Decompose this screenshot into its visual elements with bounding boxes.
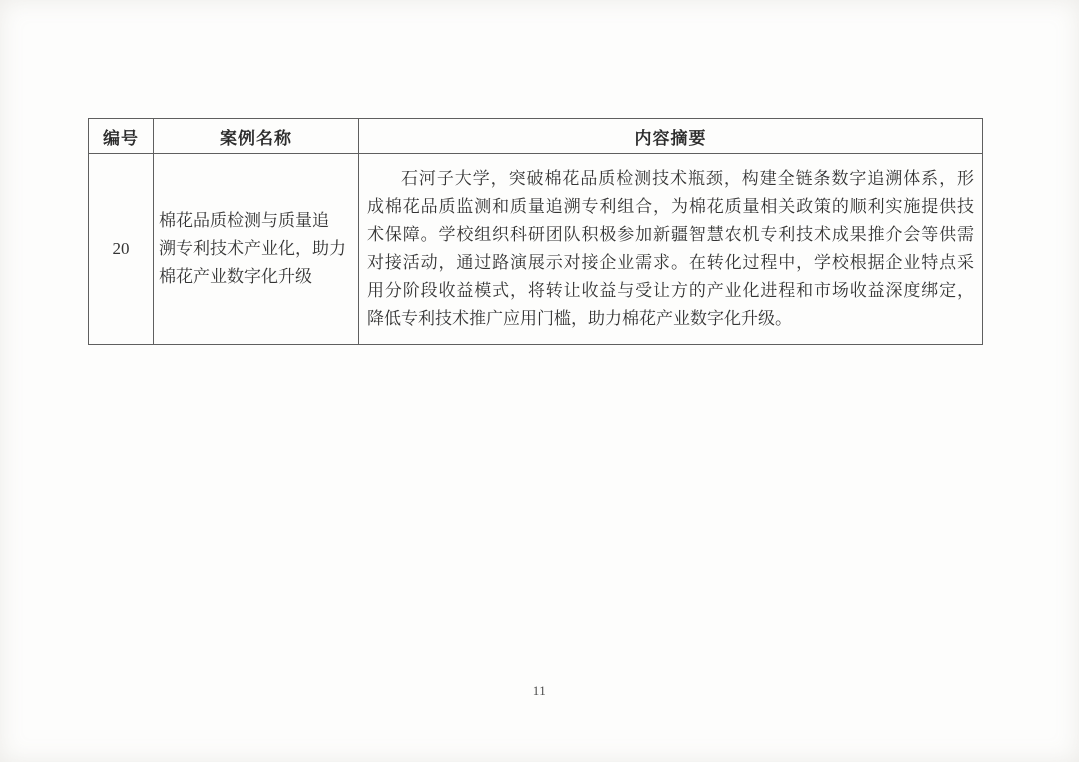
document-page: 编号 案例名称 内容摘要 20 棉花品质检测与质量追 溯专利技术产业化，助力 棉… (0, 0, 1079, 762)
case-name-line: 棉花品质检测与质量追 (159, 207, 352, 235)
header-label-number: 编号 (103, 124, 139, 149)
case-name-cell: 棉花品质检测与质量追 溯专利技术产业化，助力 棉花产业数字化升级 (153, 154, 358, 344)
case-number-cell: 20 (89, 154, 153, 344)
page-number: 11 (0, 683, 1079, 699)
summary-line: 降低专利技术推广应用门槛，助力棉花产业数字化升级。 (367, 305, 974, 333)
case-name-line: 溯专利技术产业化，助力 (159, 235, 352, 263)
header-cell-summary: 内容摘要 (358, 119, 982, 153)
header-label-case-name: 案例名称 (220, 124, 292, 149)
table-header-row: 编号 案例名称 内容摘要 (89, 119, 982, 154)
summary-cell: 石河子大学，突破棉花品质检测技术瓶颈，构建全链条数字追溯体系，形 成棉花品质监测… (358, 154, 982, 344)
header-cell-case-name: 案例名称 (153, 119, 358, 153)
summary-line: 术保障。学校组织科研团队积极参加新疆智慧农机专利技术成果推介会等供需 (367, 221, 974, 249)
summary-line: 对接活动，通过路演展示对接企业需求。在转化过程中，学校根据企业特点采 (367, 249, 974, 277)
summary-line: 用分阶段收益模式，将转让收益与受让方的产业化进程和市场收益深度绑定， (367, 277, 974, 305)
header-cell-number: 编号 (89, 119, 153, 153)
summary-line: 成棉花品质监测和质量追溯专利组合，为棉花质量相关政策的顺利实施提供技 (367, 193, 974, 221)
case-name-line: 棉花产业数字化升级 (159, 263, 352, 291)
header-label-summary: 内容摘要 (635, 124, 707, 149)
case-number: 20 (113, 239, 130, 259)
table-row: 20 棉花品质检测与质量追 溯专利技术产业化，助力 棉花产业数字化升级 石河子大… (89, 154, 982, 344)
summary-line: 石河子大学，突破棉花品质检测技术瓶颈，构建全链条数字追溯体系，形 (367, 165, 974, 193)
cases-table: 编号 案例名称 内容摘要 20 棉花品质检测与质量追 溯专利技术产业化，助力 棉… (88, 118, 983, 345)
